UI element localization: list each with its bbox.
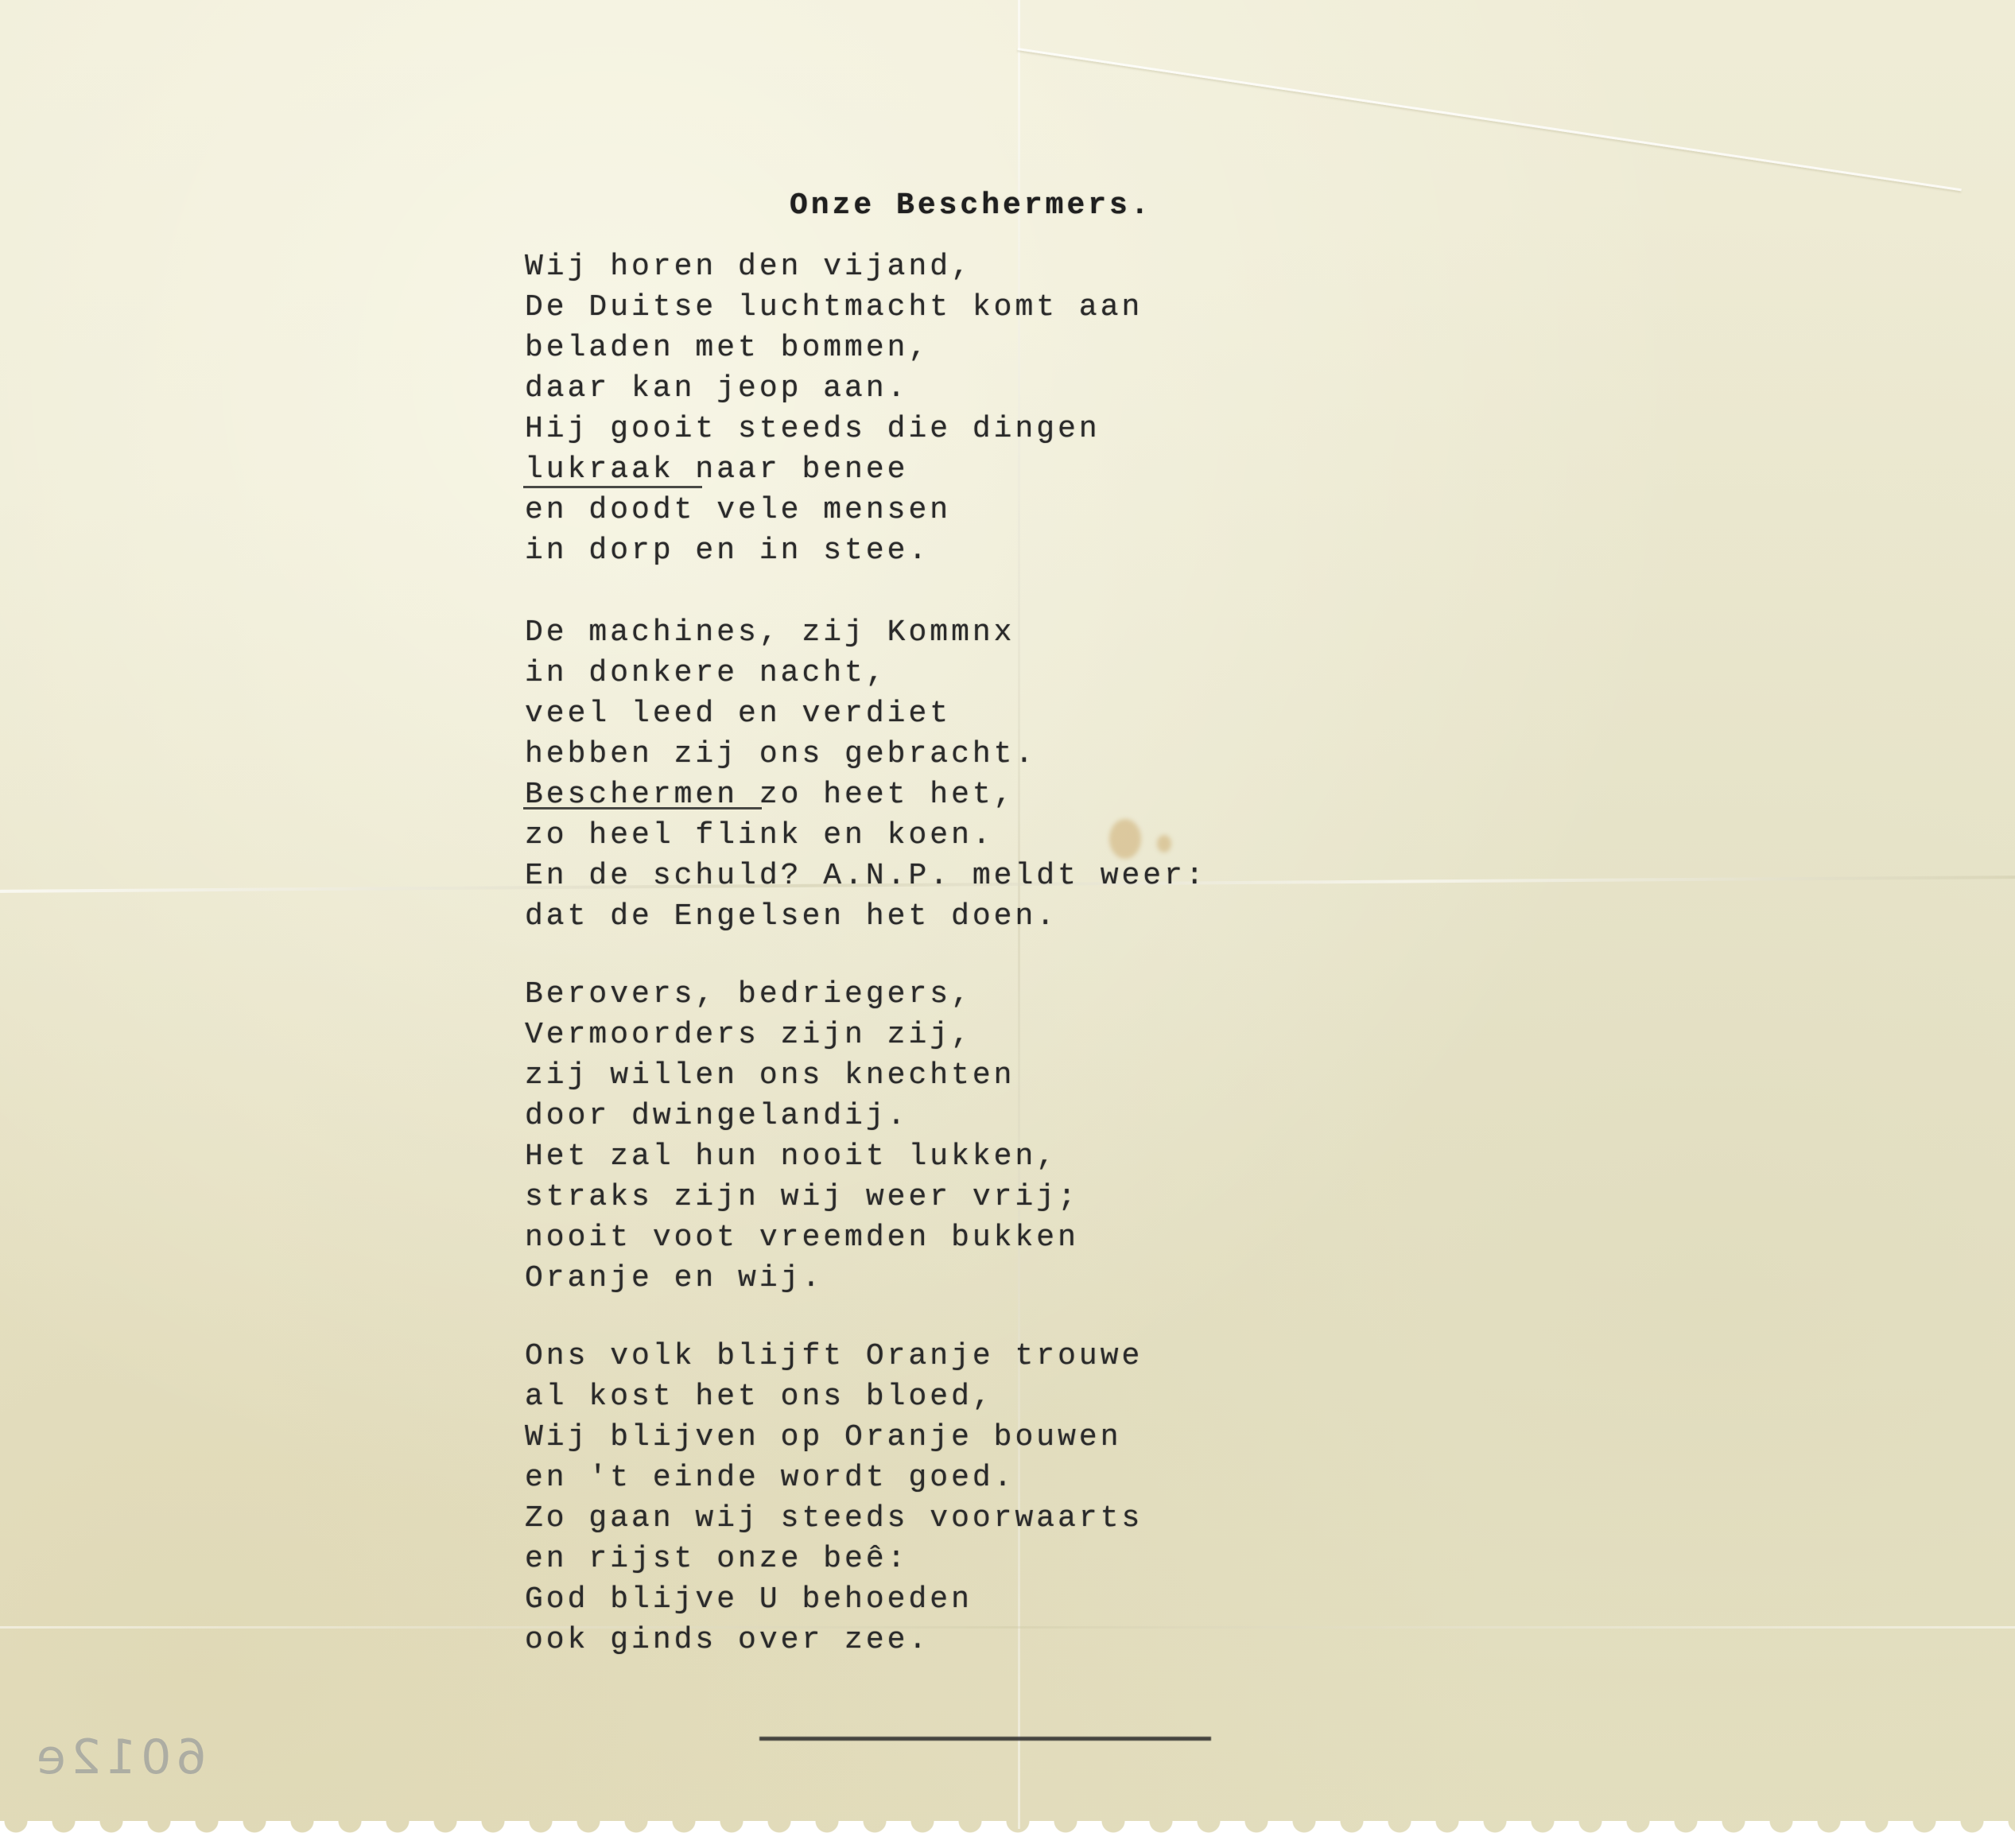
poem-line: Berovers, bedriegers, [525,974,1079,1015]
poem-line: hebben zij ons gebracht. [525,734,1207,775]
poem-line: daar kan jeop aan. [525,368,1143,409]
poem-line: lukraak naar benee [525,449,1143,490]
typed-underline [523,807,762,809]
poem-line: De machines, zij Kommnx [525,612,1207,653]
poem-line: zo heel flink en koen. [525,815,1207,856]
poem-line: De Duitse luchtmacht komt aan [525,287,1143,328]
typed-underline [523,486,702,488]
poem-line: en 't einde wordt goed. [525,1458,1143,1498]
poem-line: ook ginds over zee. [525,1620,1143,1660]
poem-line: zij willen ons knechten [525,1055,1079,1096]
stanza-4: Ons volk blijft Oranje trouwe al kost he… [525,1336,1143,1660]
poem-line: veel leed en verdiet [525,693,1207,734]
poem-line: in donkere nacht, [525,653,1207,693]
torn-edge-pattern [0,1821,2015,1848]
poem-line: en rijst onze beê: [525,1539,1143,1579]
poem-line: God blijve U behoeden [525,1579,1143,1620]
poem-line: Het zal hun nooit lukken, [525,1136,1079,1177]
poem-line: door dwingelandij. [525,1096,1079,1136]
stanza-3: Berovers, bedriegers, Vermoorders zijn z… [525,974,1079,1299]
poem-line: in dorp en in stee. [525,530,1143,571]
poem-line: En de schuld? A.N.P. meldt weer: [525,856,1207,896]
poem-line: Wij blijven op Oranje bouwen [525,1417,1143,1458]
poem-line: beladen met bommen, [525,328,1143,368]
poem-line: Ons volk blijft Oranje trouwe [525,1336,1143,1376]
poem-line: Wij horen den vijand, [525,247,1143,287]
stanza-1: Wij horen den vijand, De Duitse luchtmac… [525,247,1143,571]
poem-line: Zo gaan wij steeds voorwaarts [525,1498,1143,1539]
poem-title: Onze Beschermers. [790,188,1152,223]
archive-pencil-number: 6012e [32,1730,207,1785]
stanza-2: De machines, zij Kommnx in donkere nacht… [525,612,1207,937]
closing-rule-line [759,1737,1211,1741]
poem-line: dat de Engelsen het doen. [525,896,1207,937]
poem-line: Vermoorders zijn zij, [525,1015,1079,1055]
poem-line: al kost het ons bloed, [525,1376,1143,1417]
poem-line: Hij gooit steeds die dingen [525,409,1143,449]
poem-line: en doodt vele mensen [525,490,1143,530]
poem-line: straks zijn wij weer vrij; [525,1177,1079,1217]
poem-line: Oranje en wij. [525,1258,1079,1299]
poem-line: nooit voot vreemden bukken [525,1217,1079,1258]
